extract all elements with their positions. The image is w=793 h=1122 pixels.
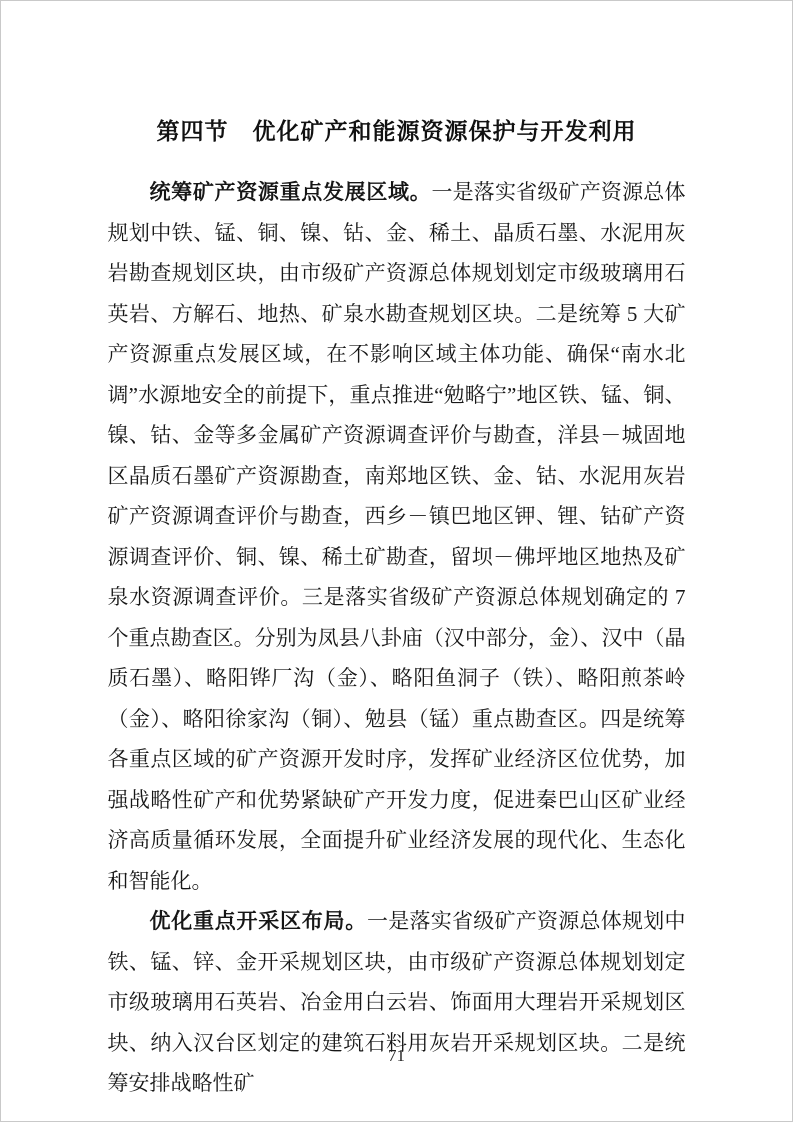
paragraph-lead: 优化重点开采区布局。 bbox=[150, 909, 368, 933]
paragraph-text: 一是落实省级矿产资源总体规划中铁、锰、锌、金开采规划区块，由市级矿产资源总体规划… bbox=[108, 909, 686, 1095]
document-body: 统筹矿产资源重点发展区域。一是落实省级矿产资源总体规划中铁、锰、铜、镍、钻、金、… bbox=[108, 172, 686, 1104]
paragraph: 优化重点开采区布局。一是落实省级矿产资源总体规划中铁、锰、锌、金开采规划区块，由… bbox=[108, 901, 686, 1104]
paragraph-lead: 统筹矿产资源重点发展区域。 bbox=[150, 180, 432, 204]
paragraph-text: 一是落实省级矿产资源总体规划中铁、锰、铜、镍、钻、金、稀土、晶质石墨、水泥用灰岩… bbox=[108, 180, 686, 893]
paragraph: 统筹矿产资源重点发展区域。一是落实省级矿产资源总体规划中铁、锰、铜、镍、钻、金、… bbox=[108, 172, 686, 901]
page-number: 71 bbox=[1, 1046, 792, 1066]
document-page: 第四节 优化矿产和能源资源保护与开发利用 统筹矿产资源重点发展区域。一是落实省级… bbox=[0, 0, 793, 1122]
section-title: 第四节 优化矿产和能源资源保护与开发利用 bbox=[1, 1, 792, 146]
